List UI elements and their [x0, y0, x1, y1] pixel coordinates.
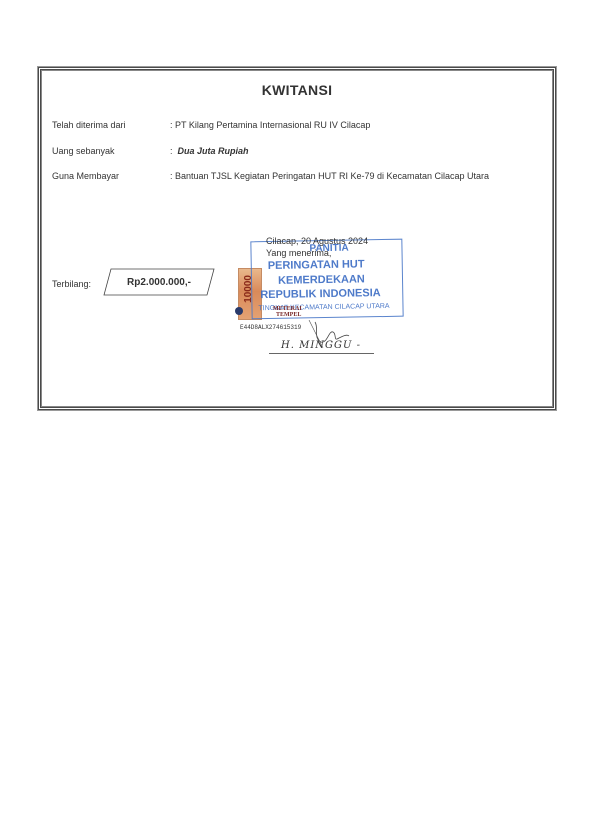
receipt-frame: KWITANSI Telah diterima dari: PT Kilang … — [38, 67, 556, 410]
amount-value: Rp2.000.000,- — [103, 277, 215, 288]
signature-role: Yang menerima, — [266, 248, 331, 258]
row-amount-words: Uang sebanyak: Dua Juta Rupiah — [52, 146, 249, 156]
row-label: Guna Membayar — [52, 171, 170, 181]
row-value: : Bantuan TJSL Kegiatan Peringatan HUT R… — [170, 171, 489, 181]
row-label: Telah diterima dari — [52, 120, 170, 130]
signature-line — [269, 353, 374, 354]
row-received-from: Telah diterima dari: PT Kilang Pertamina… — [52, 120, 370, 130]
meterai-label: METERAI TEMPEL — [273, 306, 302, 318]
terbilang-label: Terbilang: — [52, 279, 91, 289]
row-value: Dua Juta Rupiah — [178, 146, 249, 156]
stamp-line: PERINGATAN HUT — [268, 258, 365, 272]
amount-box: Rp2.000.000,- — [103, 268, 215, 296]
row-value: : PT Kilang Pertamina Internasional RU I… — [170, 120, 370, 130]
row-value-prefix: : — [170, 146, 178, 156]
meterai-label-2: TEMPEL — [276, 312, 302, 318]
row-label: Uang sebanyak — [52, 146, 170, 156]
meterai-hologram-icon — [235, 307, 243, 315]
receipt-title: KWITANSI — [41, 82, 553, 98]
signature-place-date: Cilacap, 20 Agustus 2024 — [266, 236, 368, 246]
row-purpose: Guna Membayar: Bantuan TJSL Kegiatan Per… — [52, 171, 489, 181]
stamp-line: REPUBLIK INDONESIA — [260, 287, 381, 301]
stamp-line: KEMERDEKAAN — [278, 273, 365, 287]
signature-name: H. MINGGU - — [281, 340, 361, 351]
